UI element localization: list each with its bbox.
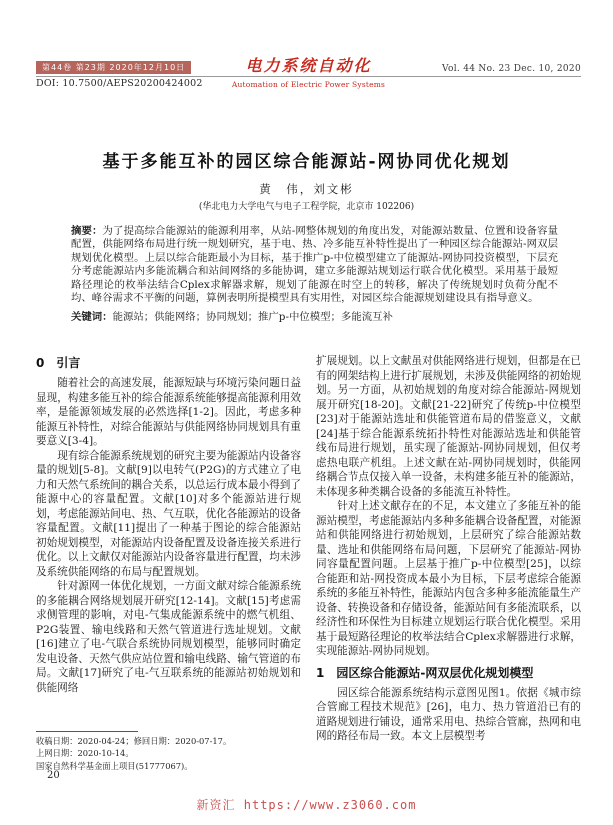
header-bottom-row: DOI: 10.7500/AEPS20200424002 Automation … <box>36 78 581 89</box>
keywords-text: 能源站；供能网络；协同规划；推广p-中位模型；多能流互补 <box>113 311 393 323</box>
header-divider <box>36 76 581 77</box>
section-1-paragraph-1: 园区综合能源系统结构示意图见图1。依据《城市综合管廊工程技术规范》[26]，电力… <box>316 686 581 744</box>
section-0-title: 引言 <box>56 356 80 370</box>
journal-header: 第44卷 第23期 2020年12月10日 电力系统自动化 Vol. 44 No… <box>36 57 581 89</box>
abstract-label: 摘要： <box>71 225 103 237</box>
section-1-title: 园区综合能源站-网双层优化规划模型 <box>336 666 533 680</box>
doi-text: DOI: 10.7500/AEPS20200424002 <box>36 78 232 89</box>
footnote-received-date: 收稿日期：2020-04-24；修回日期：2020-07-17。 <box>36 735 301 747</box>
keywords-label: 关键词： <box>71 311 113 323</box>
journal-name-en: Automation of Electric Power Systems <box>232 80 385 89</box>
abstract-block: 摘要：为了提高综合能源站的能源利用率，从站-网整体规划的角度出发，对能源站数量、… <box>71 225 558 325</box>
volume-info-en: Vol. 44 No. 23 Dec. 10, 2020 <box>442 64 581 74</box>
footnote-funding: 国家自然科学基金面上项目(51777067)。 <box>36 760 301 772</box>
abstract-text: 为了提高综合能源站的能源利用率，从站-网整体规划的角度出发，对能源站数量、位置和… <box>71 225 558 304</box>
section-1-number: 1 <box>316 666 324 680</box>
footnote-block: 收稿日期：2020-04-24；修回日期：2020-07-17。 上网日期：20… <box>36 731 301 772</box>
left-column: 0引言 随着社会的高速发展，能源短缺与环境污染问题日益显现，构建多能互补的综合能… <box>36 354 301 772</box>
journal-page: 第44卷 第23期 2020年12月10日 电力系统自动化 Vol. 44 No… <box>0 0 613 825</box>
watermark: 新资汇 https://www.z3060.com <box>0 796 613 813</box>
issue-badge: 第44卷 第23期 2020年12月10日 <box>36 61 191 74</box>
journal-logo: 电力系统自动化 <box>235 57 381 74</box>
affiliation: (华北电力大学电气与电子工程学院，北京市 102206) <box>0 199 613 212</box>
right-column: 扩展规划。以上文献虽对供能网络进行规划，但都是在已有的网架结构上进行扩展规划，未… <box>316 354 581 790</box>
intro-paragraph-3: 针对源网一体优化规划，一方面文献对综合能源系统的多能耦合网络规划展开研究[12-… <box>36 579 301 695</box>
body-paragraph-continuation: 扩展规划。以上文献虽对供能网络进行规划，但都是在已有的网架结构上进行扩展规划，未… <box>316 354 581 499</box>
footnote-online-date: 上网日期：2020-10-14。 <box>36 747 301 759</box>
intro-paragraph-2: 现有综合能源系统规划的研究主要为能源站内设备容量的规划[5-8]。文献[9]以电… <box>36 449 301 580</box>
section-1-heading: 1园区综合能源站-网双层优化规划模型 <box>316 666 581 681</box>
section-0-number: 0 <box>36 356 44 370</box>
header-top-row: 第44卷 第23期 2020年12月10日 电力系统自动化 Vol. 44 No… <box>36 57 581 74</box>
intro-paragraph-1: 随着社会的高速发展，能源短缺与环境污染问题日益显现，构建多能互补的综合能源系统能… <box>36 376 301 449</box>
abstract-paragraph: 摘要：为了提高综合能源站的能源利用率，从站-网整体规划的角度出发，对能源站数量、… <box>71 225 558 305</box>
authors: 黄 伟，刘文彬 <box>0 181 613 197</box>
paper-title: 基于多能互补的园区综合能源站-网协同优化规划 <box>20 147 593 172</box>
footnote-rule <box>36 731 138 732</box>
body-paragraph-contribution: 针对上述文献存在的不足，本文建立了多能互补的能源站模型，考虑能源站内多种多能耦合… <box>316 499 581 659</box>
section-0-heading: 0引言 <box>36 356 301 371</box>
keywords-paragraph: 关键词：能源站；供能网络；协同规划；推广p-中位模型；多能流互补 <box>71 311 558 324</box>
page-number: 20 <box>47 770 60 781</box>
body-columns: 0引言 随着社会的高速发展，能源短缺与环境污染问题日益显现，构建多能互补的综合能… <box>36 354 581 790</box>
